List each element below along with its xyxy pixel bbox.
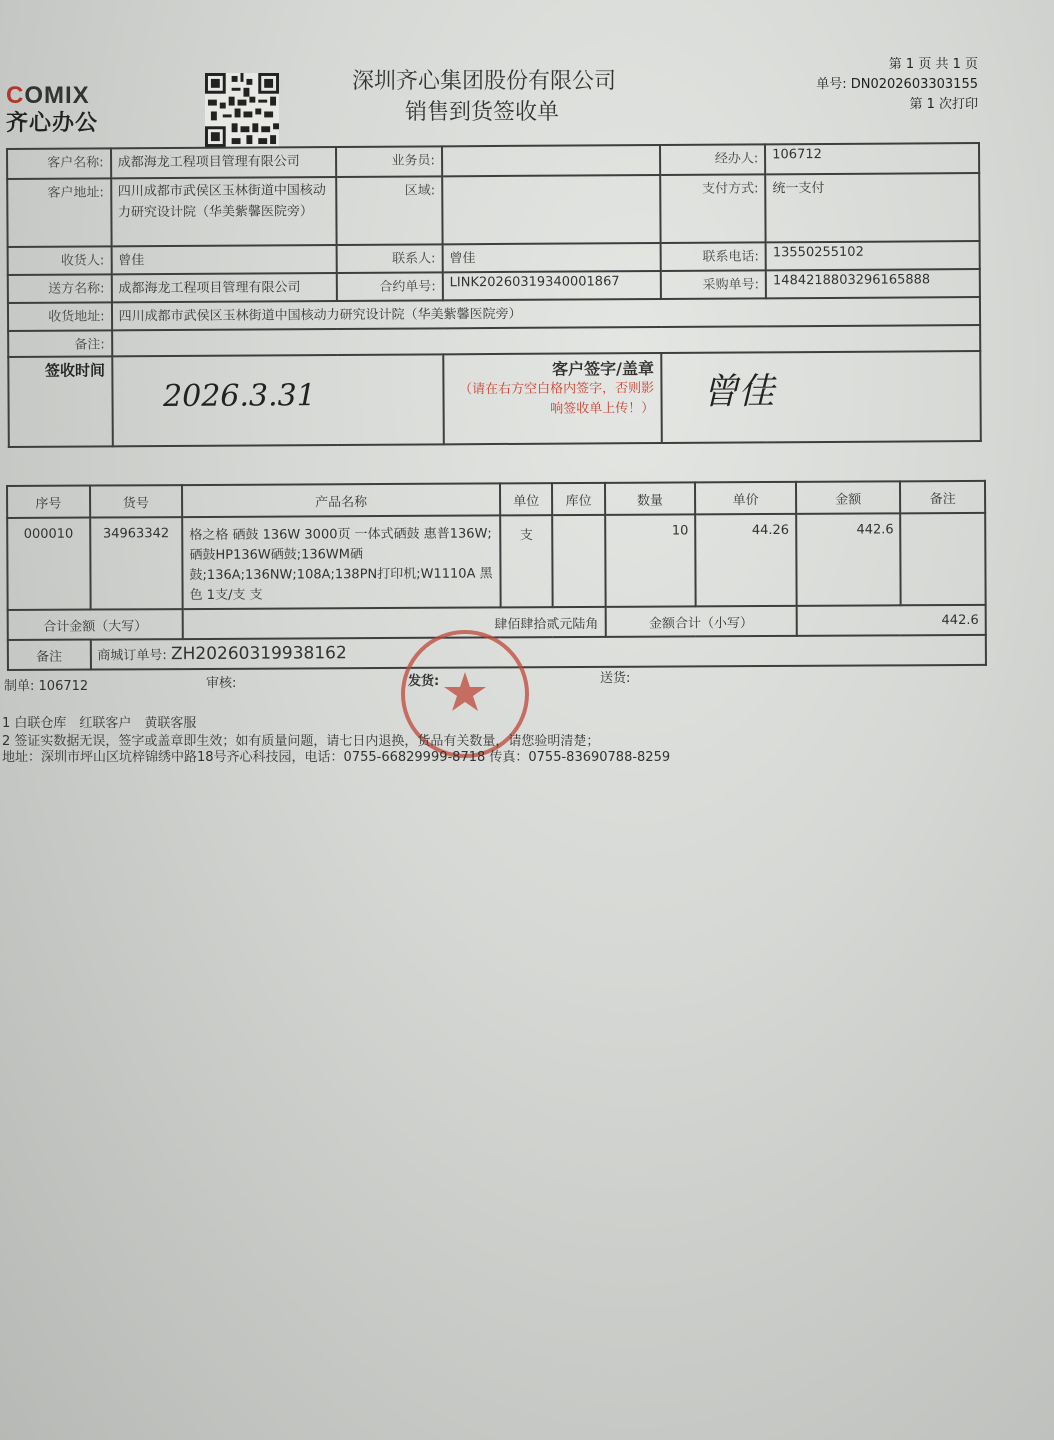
company-address: 地址：深圳市坪山区坑梓锦绣中路18号齐心科技园，电话：0755-66829999… (2, 746, 670, 765)
mall-order-number: ZH20260319938162 (171, 643, 347, 664)
remark-label: 备注: (8, 330, 112, 357)
delivery-address-label: 收货地址: (8, 302, 112, 331)
customer-signature: 曾佳 (661, 351, 981, 443)
column-header: 金额 (796, 481, 901, 514)
cell-unit: 支 (500, 515, 553, 607)
column-header: 产品名称 (182, 483, 500, 517)
column-header: 单价 (695, 482, 796, 515)
maker: 制单: 106712 (4, 675, 88, 694)
customer-address-label: 客户地址: (7, 178, 111, 247)
copies-note: 1 白联仓库 红联客户 黄联客服 (2, 712, 196, 731)
customer-address: 四川成都市武侯区玉林街道中国核动力研究设计院（华美紫馨医院旁） (111, 177, 337, 246)
cell-name: 格之格 硒鼓 136W 3000页 一体式硒鼓 惠普136W;硒鼓HP136W硒… (182, 515, 500, 609)
receiver: 曾佳 (111, 245, 337, 274)
review-label: 审核: (206, 672, 236, 691)
qr-code-icon (205, 73, 279, 147)
contact: 曾佳 (442, 243, 660, 272)
ship-to: 成都海龙工程项目管理有限公司 (111, 273, 337, 302)
salesperson-label: 业务员: (336, 146, 442, 177)
column-header: 库位 (552, 483, 604, 515)
contact-label: 联系人: (337, 244, 443, 273)
logo-cn: 齐心办公 (6, 106, 98, 137)
customer-name-label: 客户名称: (7, 148, 111, 179)
print-count: 第 1 次打印 (909, 93, 978, 112)
column-header: 序号 (7, 486, 90, 518)
sign-time-handwritten: 2026.3.31 (112, 354, 444, 446)
phone-label: 联系电话: (660, 242, 766, 271)
phone: 13550255102 (766, 241, 980, 270)
handler-label: 经办人: (660, 144, 766, 175)
region-label: 区域: (336, 176, 442, 245)
cell-price: 44.26 (695, 514, 796, 607)
cell-qty: 10 (605, 514, 696, 606)
handler: 106712 (765, 143, 979, 174)
payment-method: 统一支付 (765, 173, 979, 242)
cell-location (552, 515, 605, 607)
order-remark-label: 备注 (8, 640, 91, 670)
sign-time-label: 签收时间 (8, 356, 112, 447)
cell-note (901, 513, 986, 605)
customer-name: 成都海龙工程项目管理有限公司 (111, 147, 337, 178)
region (442, 175, 660, 244)
sign-header: 客户签字/盖章 (450, 356, 654, 380)
purchase-label: 采购单号: (660, 270, 766, 299)
total-upper: 肆佰肆拾贰元陆角 (183, 607, 606, 639)
ship-to-label: 送方名称: (8, 274, 112, 303)
total-lower: 442.6 (796, 605, 985, 636)
mall-order: 商城订单号: ZH20260319938162 (90, 635, 986, 670)
cell-sku: 34963342 (90, 517, 183, 609)
document-title: 销售到货签收单 (405, 95, 559, 126)
contract-number: LINK20260319340001867 (443, 271, 661, 300)
column-header: 货号 (90, 485, 183, 517)
receiver-label: 收货人: (8, 246, 112, 275)
sign-instruction-cell: 客户签字/盖章 （请在右方空白格内签字，否则影响签收单上传！） (443, 353, 661, 444)
cell-amount: 442.6 (796, 513, 901, 606)
cell-seq: 000010 (7, 518, 90, 610)
column-header: 备注 (900, 481, 985, 513)
page-info: 第 1 页 共 1 页 (889, 53, 978, 72)
deliver-label: 送货: (600, 667, 630, 686)
sign-note: （请在右方空白格内签字，否则影响签收单上传！） (450, 379, 654, 420)
contract-label: 合约单号: (337, 272, 443, 301)
total-upper-label: 合计金额（大写） (8, 609, 183, 640)
column-header: 数量 (605, 482, 696, 514)
company-name: 深圳齐心集团股份有限公司 (352, 64, 616, 95)
column-header: 单位 (500, 483, 552, 515)
info-table: 客户名称: 成都海龙工程项目管理有限公司 业务员: 经办人: 106712 客户… (6, 142, 982, 448)
table-row: 00001034963342格之格 硒鼓 136W 3000页 一体式硒鼓 惠普… (7, 513, 985, 610)
salesperson (442, 145, 660, 176)
purchase-number: 1484218803296165888 (766, 269, 980, 298)
payment-label: 支付方式: (660, 174, 766, 243)
doc-number: 单号: DN0202603303155 (816, 73, 978, 92)
total-lower-label: 金额合计（小写） (605, 606, 796, 637)
ship-label: 发货: (408, 670, 439, 689)
